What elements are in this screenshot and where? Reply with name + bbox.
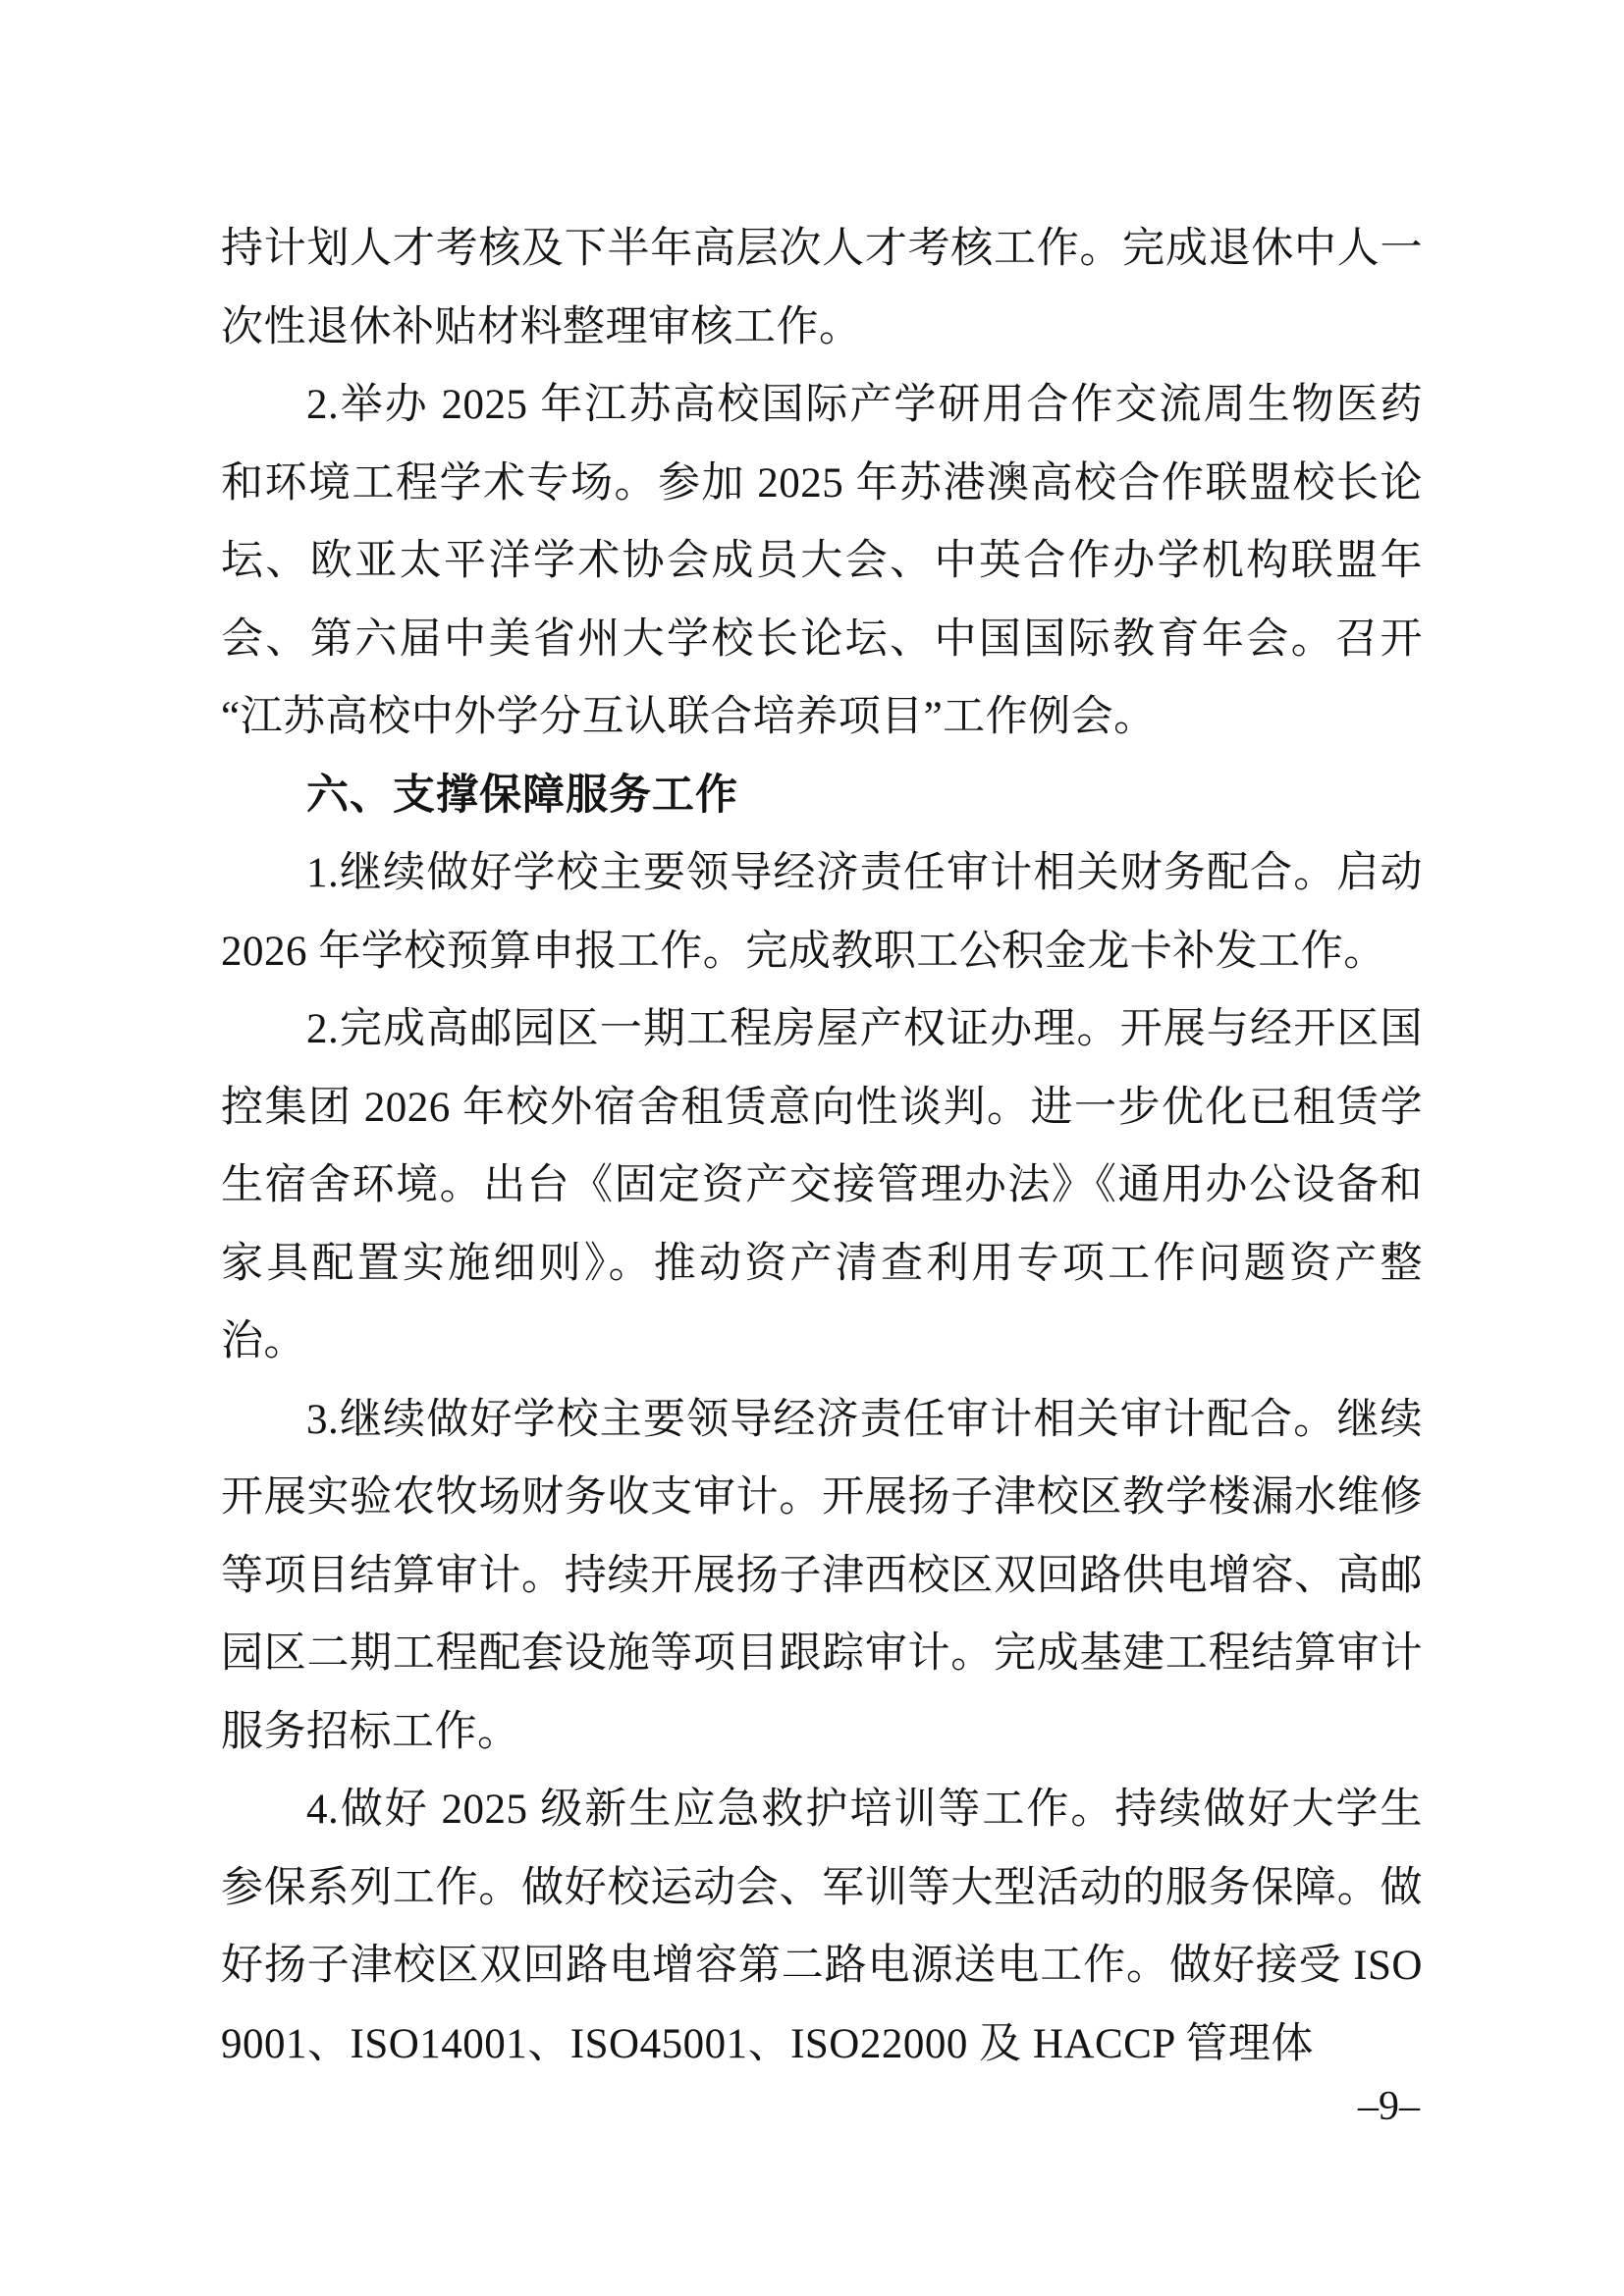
paragraph: 4.做好 2025 级新生应急救护培训等工作。持续做好大学生参保系列工作。做好校… — [221, 1771, 1423, 2083]
section-heading: 六、支撑保障服务工作 — [221, 757, 1423, 835]
paragraph: 1.继续做好学校主要领导经济责任审计相关财务配合。启动 2026 年学校预算申报… — [221, 834, 1423, 990]
paragraph: 3.继续做好学校主要领导经济责任审计相关审计配合。继续开展实验农牧场财务收支审计… — [221, 1381, 1423, 1772]
document-body: 持计划人才考核及下半年高层次人才考核工作。完成退休中人一次性退休补贴材料整理审核… — [221, 210, 1423, 2083]
page-number: –9– — [1358, 2083, 1420, 2130]
document-page: 持计划人才考核及下半年高层次人才考核工作。完成退休中人一次性退休补贴材料整理审核… — [0, 0, 1624, 2296]
paragraph: 持计划人才考核及下半年高层次人才考核工作。完成退休中人一次性退休补贴材料整理审核… — [221, 210, 1423, 366]
paragraph: 2.完成高邮园区一期工程房屋产权证办理。开展与经开区国控集团 2026 年校外宿… — [221, 990, 1423, 1381]
paragraph: 2.举办 2025 年江苏高校国际产学研用合作交流周生物医药和环境工程学术专场。… — [221, 366, 1423, 757]
